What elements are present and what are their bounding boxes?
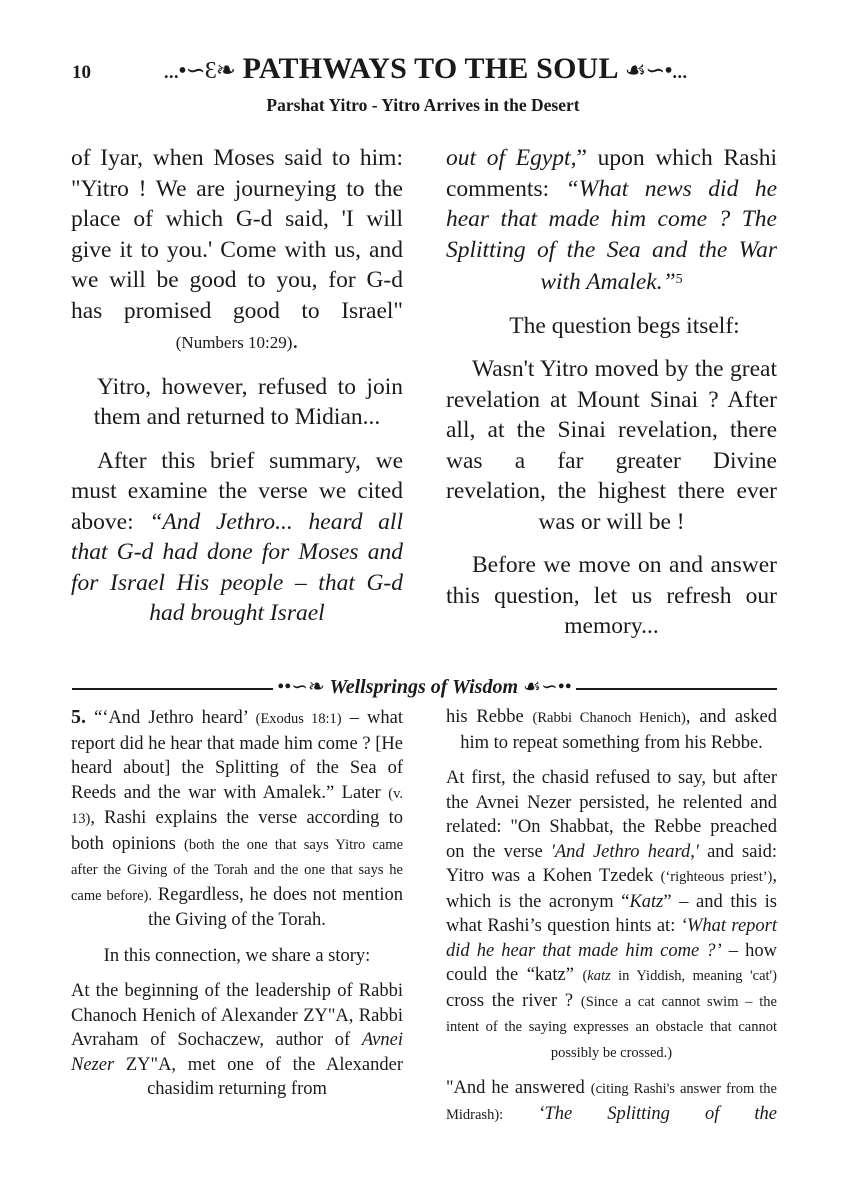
footnote-reference[interactable]: 5 [676,272,683,287]
note-paragraph: In this connection, we share a story: [71,944,403,969]
paragraph: Wasn't Yitro moved by the great revelati… [446,354,777,537]
main-column-right: out of Egypt,” upon which Rashi comments… [446,143,777,655]
note-text: his Rebbe [446,707,533,727]
chapter-subtitle: Parshat Yitro - Yitro Arrives in the Des… [0,95,846,116]
section-divider: ••∽❧ Wellsprings of Wisdom ☙∽•• [72,673,777,703]
punctuation: . [292,328,298,354]
rashi-quote: ‘The Splitting of the [503,1104,777,1124]
note-text: cross the river ? [446,991,581,1011]
page-number: 10 [72,62,91,84]
ornament-right-icon: ☙∽•... [625,58,687,84]
note-text: Regardless, he does not mention the Givi… [148,885,403,931]
parenthetical: (katz in Yiddish, meaning 'cat') [582,968,777,984]
notes-column-right: his Rebbe (Rabbi Chanoch Henich), and as… [446,705,777,1138]
ornament-right-icon: ☙∽•• [523,676,572,698]
paragraph: of Iyar, when Moses said to him: "Yitro … [71,143,403,359]
note-paragraph: At first, the chasid refused to say, but… [446,766,777,1065]
verse-quote: 'And Jethro heard,' [551,842,699,862]
note-paragraph: At the beginning of the leadership of Ra… [71,979,403,1102]
note-paragraph: his Rebbe (Rabbi Chanoch Henich), and as… [446,705,777,755]
paragraph: After this brief summary, we must examin… [71,446,403,629]
notes-column-left: 5. “‘And Jethro heard’ (Exodus 18:1) – w… [71,705,403,1113]
note-text: ZY"A, met one of the Alexander chasidim … [114,1055,403,1100]
paragraph-text: of Iyar, when Moses said to him: "Yitro … [71,145,403,324]
note-text: "And he answered [446,1078,591,1098]
ornament-left-icon: ••∽❧ [277,676,325,698]
paragraph: The question begs itself: [446,311,777,342]
ornament-left-icon: ...•∽Ɛ❧ [163,58,235,84]
parenthetical: (Rabbi Chanoch Henich) [533,710,686,726]
paragraph: out of Egypt,” upon which Rashi comments… [446,143,777,298]
running-head: ...•∽Ɛ❧ PATHWAYS TO THE SOUL ☙∽•... [130,52,720,86]
section-title: Wellsprings of Wisdom [329,676,518,698]
citation: (Exodus 18:1) [256,711,342,727]
note-paragraph: "And he answered (citing Rashi's answer … [446,1076,777,1127]
acronym: Katz [629,892,663,912]
parenthetical: (‘righteous priest’) [661,869,773,885]
citation: (Numbers 10:29) [176,333,293,352]
book-title: PATHWAYS TO THE SOUL [243,52,617,85]
note-text: At the beginning of the leadership of Ra… [71,981,403,1050]
main-column-left: of Iyar, when Moses said to him: "Yitro … [71,143,403,642]
footnote-5: 5. “‘And Jethro heard’ (Exodus 18:1) – w… [71,705,403,933]
verse-quote: out of Egypt, [446,145,576,171]
note-text: “‘And Jethro heard’ [86,708,256,728]
paragraph: Before we move on and answer this questi… [446,550,777,642]
paragraph: Yitro, however, refused to join them and… [71,372,403,433]
divider-title: ••∽❧ Wellsprings of Wisdom ☙∽•• [72,673,777,701]
footnote-number: 5. [71,706,86,728]
